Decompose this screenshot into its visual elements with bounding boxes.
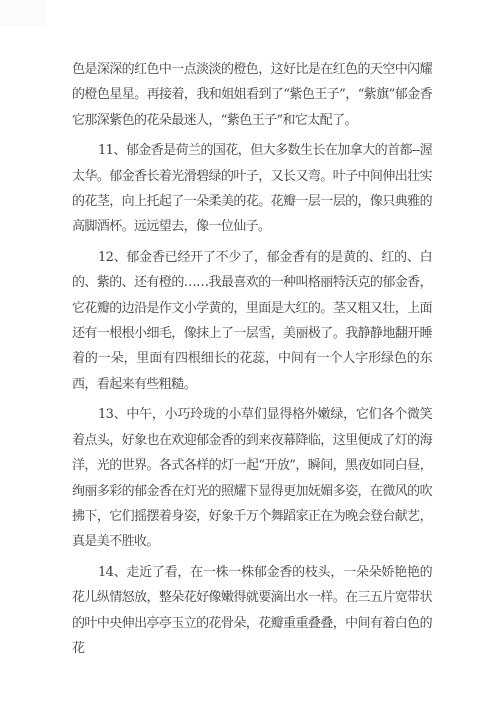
paragraph-14: 14、走近了看，在一株一株郁金香的枝头，一朵朵娇艳艳的花儿纵情怒放，整朵花好像嫩…: [72, 560, 432, 662]
document-text-block: 色是深深的红色中一点淡淡的橙色，这好比是在红色的天空中闪耀的橙色星星。再接着，我…: [72, 57, 432, 666]
paragraph-13: 13、中午，小巧玲珑的小草们显得格外嫩绿，它们各个微笑着点头，好象也在欢迎郁金香…: [72, 402, 432, 554]
paragraph-11: 11、郁金香是荷兰的国花，但大多数生长在加拿大的首都--渥太华。郁金香长着光滑碧…: [72, 138, 432, 240]
paragraph-12: 12、郁金香已经开了不少了，郁金香有的是黄的、红的、白的、紫的、还有橙的……我最…: [72, 245, 432, 397]
document-page: 色是深深的红色中一点淡淡的橙色，这好比是在红色的天空中闪耀的橙色星星。再接着，我…: [0, 0, 500, 708]
paragraph-continuation: 色是深深的红色中一点淡淡的橙色，这好比是在红色的天空中闪耀的橙色星星。再接着，我…: [72, 57, 432, 133]
scan-corner-artifact: [0, 0, 46, 26]
